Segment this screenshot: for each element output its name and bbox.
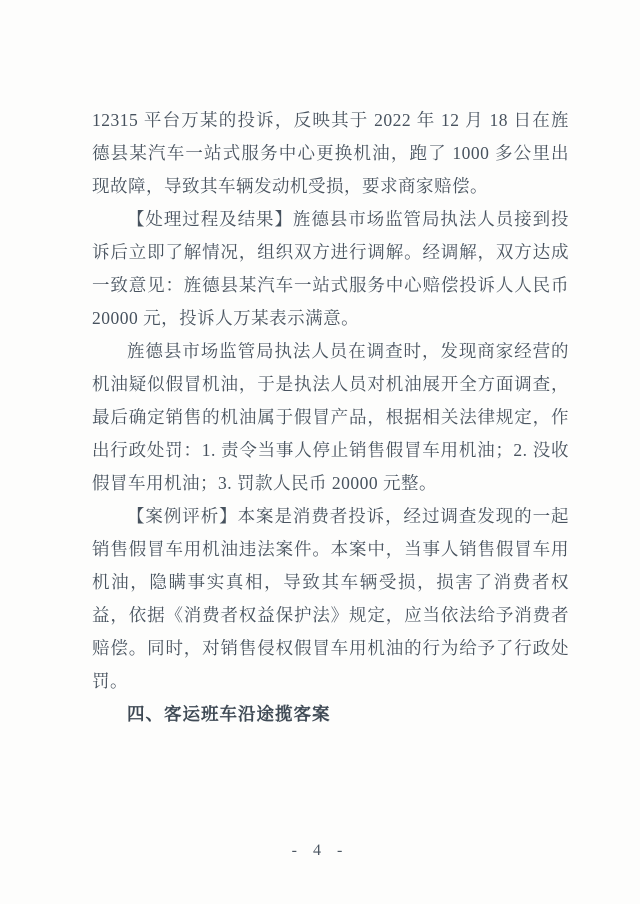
paragraph-investigation: 旌德县市场监管局执法人员在调查时，发现商家经营的机油疑似假冒机油，于是执法人员对… (92, 335, 569, 500)
page-number: - 4 - (0, 842, 640, 860)
page-body-text: 12315 平台万某的投诉，反映其于 2022 年 12 月 18 日在旌德县某… (92, 104, 569, 731)
document-page: 12315 平台万某的投诉，反映其于 2022 年 12 月 18 日在旌德县某… (0, 0, 640, 904)
paragraph-continuation: 12315 平台万某的投诉，反映其于 2022 年 12 月 18 日在旌德县某… (92, 104, 569, 203)
paragraph-case-analysis: 【案例评析】本案是消费者投诉，经过调查发现的一起销售假冒车用机油违法案件。本案中… (92, 500, 569, 698)
paragraph-process-and-result: 【处理过程及结果】旌德县市场监管局执法人员接到投诉后立即了解情况，组织双方进行调… (92, 203, 569, 335)
section-heading: 四、客运班车沿途揽客案 (92, 698, 569, 731)
